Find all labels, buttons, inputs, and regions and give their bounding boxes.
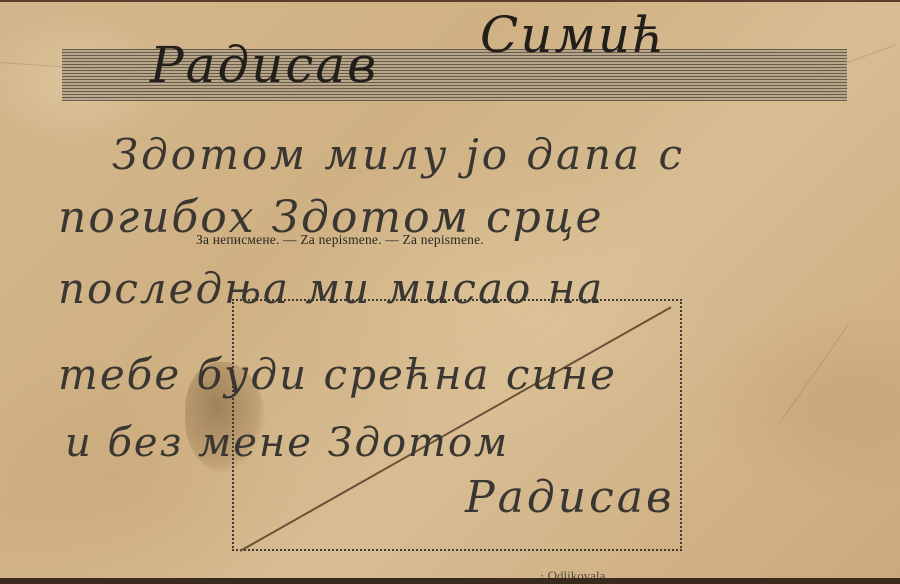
signature-surname: Симић	[480, 6, 666, 64]
handwritten-line-4: тебе буди срећна сине	[58, 350, 617, 399]
handwritten-closing-signature: Радисав	[465, 472, 675, 523]
header-signature: Радисав Симић	[150, 36, 378, 94]
printed-bottom-fragment: · Odlikovala	[540, 568, 605, 576]
handwritten-line-1: Здотом милу јо дапа с	[112, 130, 685, 179]
handwritten-line-2: погибох Здотом срце	[58, 192, 604, 243]
handwritten-line-5: и без мене Здотом	[65, 420, 509, 466]
handwritten-line-3: последња ми мисао на	[58, 264, 604, 313]
paper-crease	[780, 324, 850, 423]
postcard: За неписмене. — Za nepismene. — Za nepis…	[0, 0, 900, 576]
signature-given-name: Радисав	[150, 36, 378, 94]
